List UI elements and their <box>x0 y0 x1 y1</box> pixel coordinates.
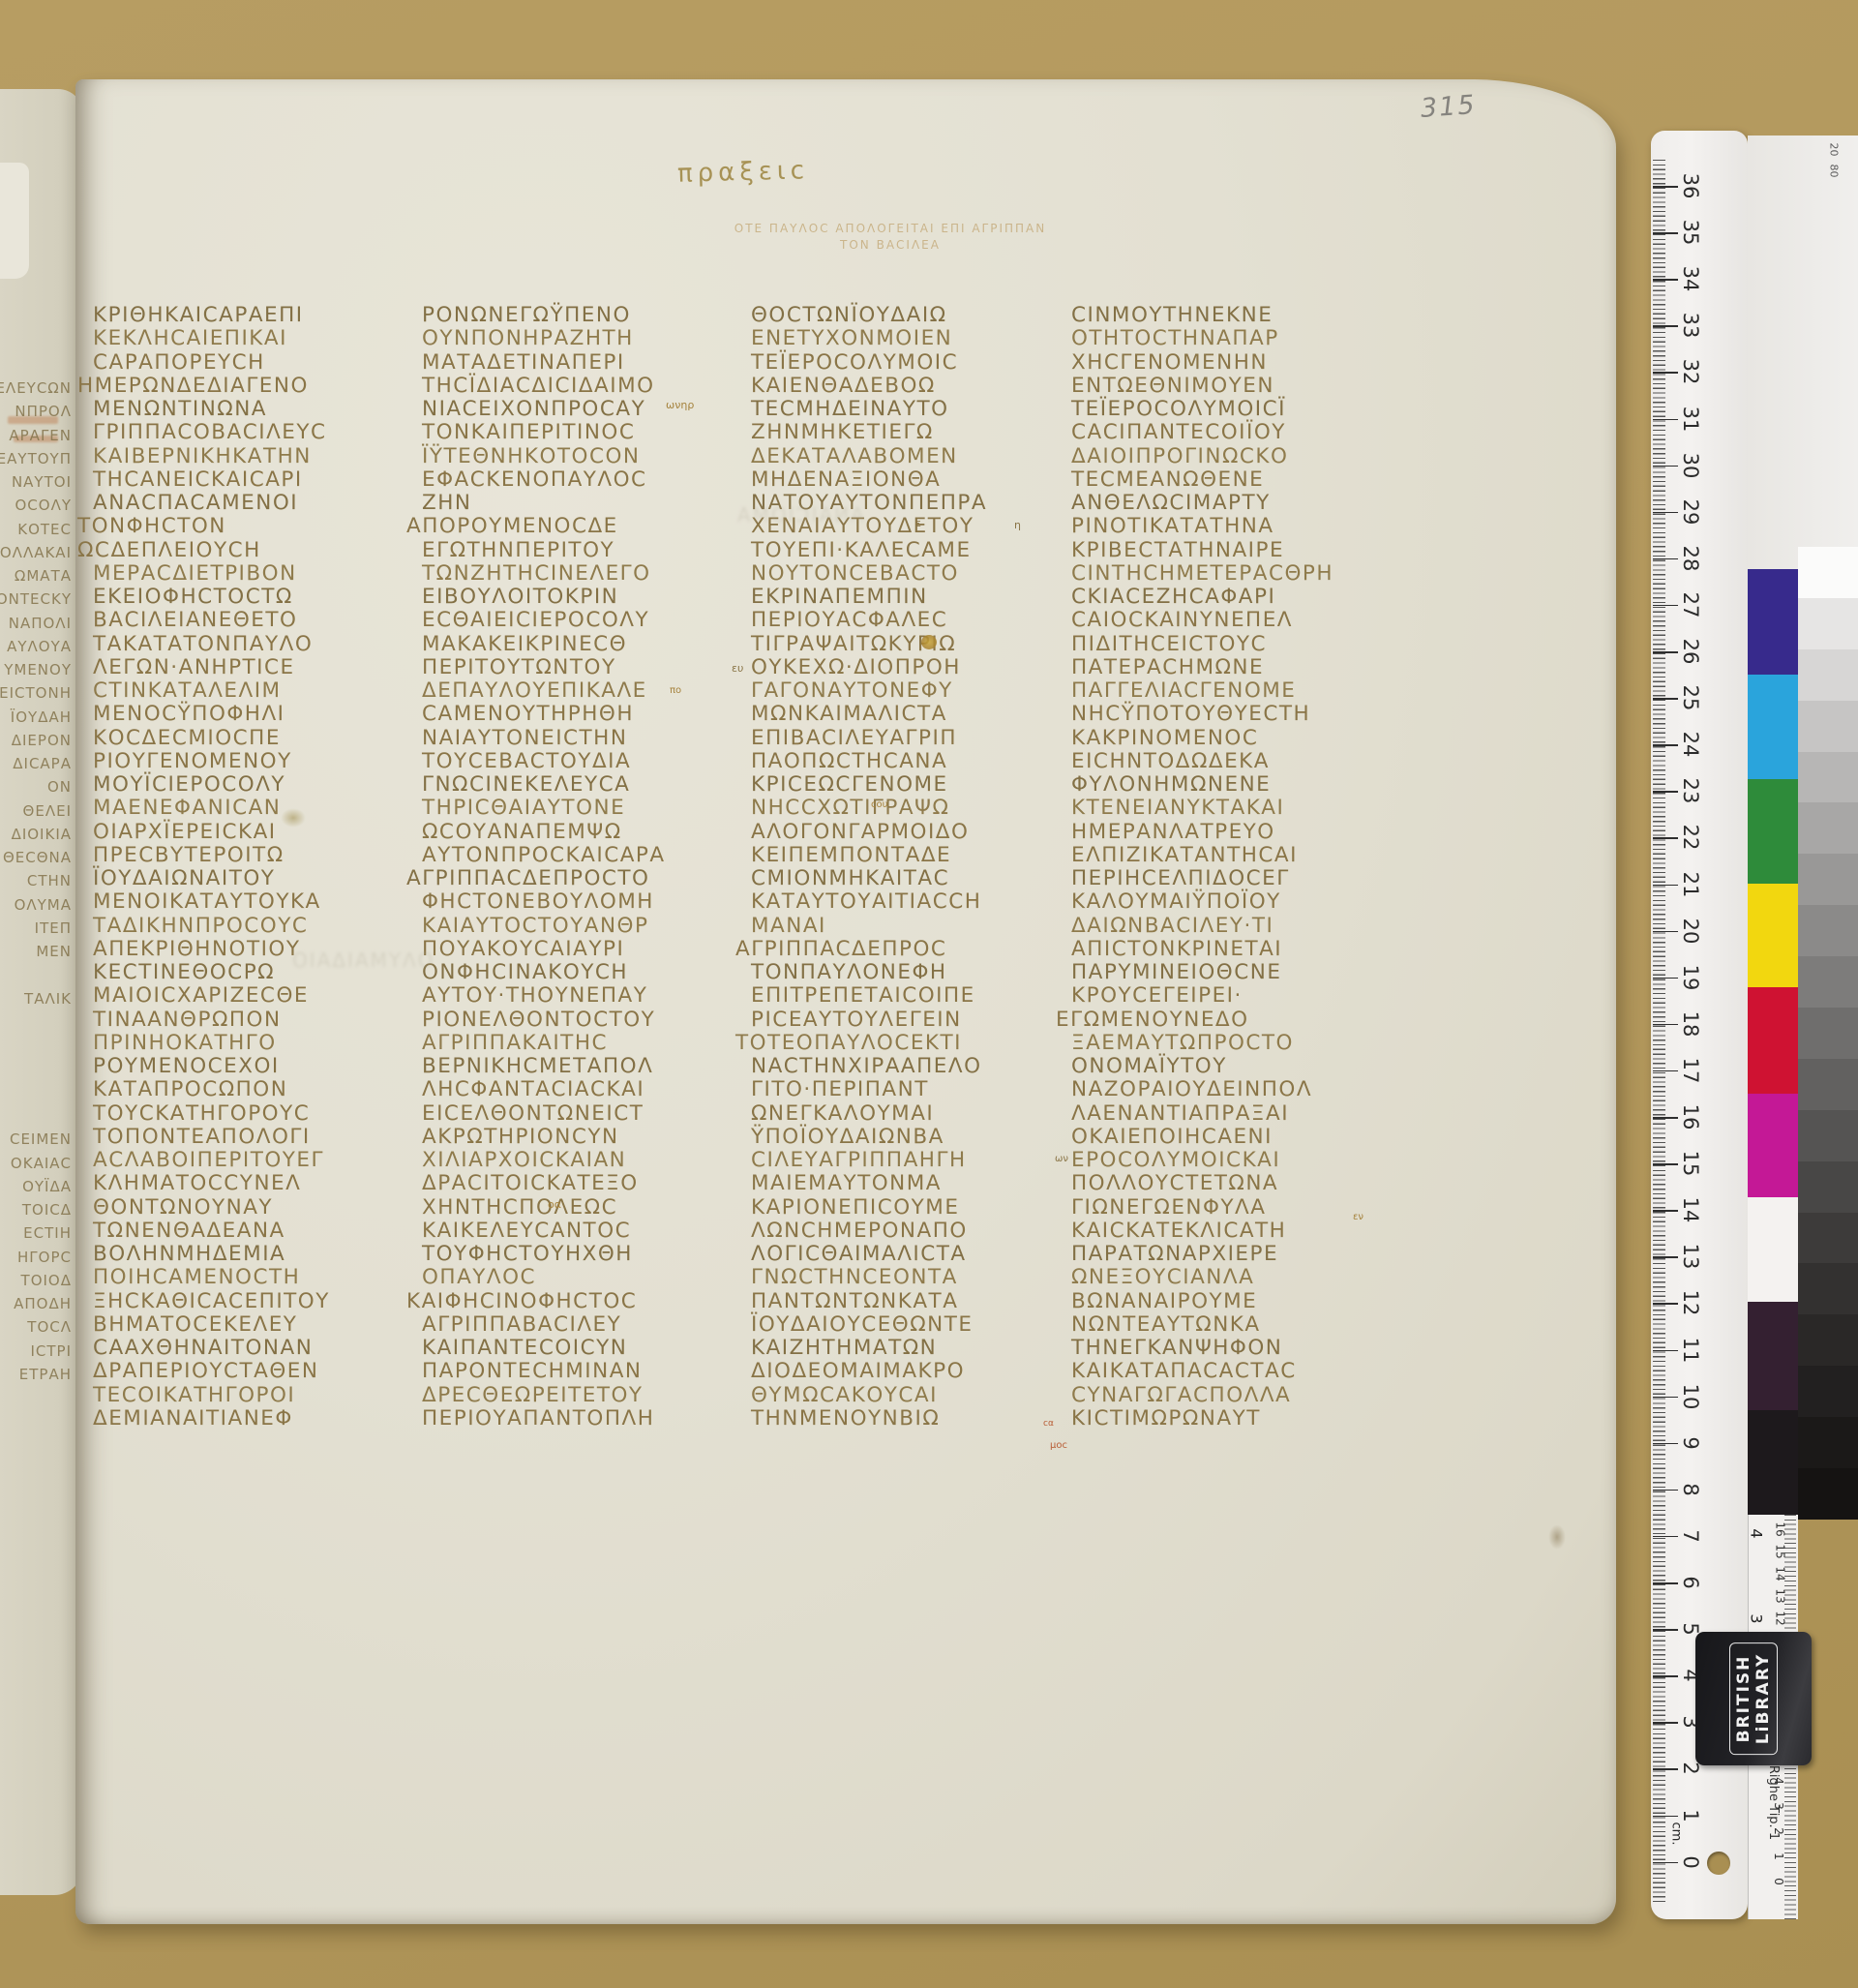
manuscript-line: ΚΛΗΜΑΤΟϹϹΥΝΕΛ <box>93 1171 388 1194</box>
manuscript-line: ΔΙΟΔΕΟΜΑΙΜΑΚΡΟ <box>751 1359 1046 1382</box>
previous-page-fragment: ΘΕΛΕΙ <box>23 802 72 820</box>
ruler-cm-tick <box>1653 372 1678 374</box>
gray-patch-1 <box>1798 598 1858 649</box>
color-patch-yellow <box>1748 884 1798 987</box>
manuscript-line: ΤΗϹΪΔΙΑϹΔΙϹΙΔΑΙΜΟ <box>422 374 717 397</box>
ruler-number: 28 <box>1679 542 1702 575</box>
ruler-number: 19 <box>1679 961 1702 994</box>
manuscript-line: ΟΝΦΗϹΙΝΑΚΟΥϹΗ <box>422 960 717 983</box>
ruler-cm-tick <box>1653 1256 1678 1258</box>
manuscript-line: ΡΙϹΕΑΥΤΟΥΛΕΓΕΙΝ <box>751 1008 1046 1031</box>
manuscript-photo: { "photo": { "page_number": "315", "runn… <box>0 0 1858 1988</box>
manuscript-line: ΠΑΡΥΜΙΝΕΙΟΘϹΝΕ <box>1071 960 1366 983</box>
ruler-cm-tick <box>1653 1862 1678 1864</box>
corrector-note: πο <box>670 685 681 696</box>
manuscript-line: ΠΕΡΙΟΥΑΠΑΝΤΟΠΛΗ <box>422 1406 717 1430</box>
ruler-number: 12 <box>1679 1286 1702 1319</box>
gray-patch-5 <box>1798 802 1858 854</box>
ruler-cm-tick <box>1653 1210 1678 1212</box>
manuscript-line: ΞΑΕΜΑΥΤΩΠΡΟϹΤΟ <box>1071 1031 1366 1054</box>
fine-ruler-number: 12 <box>1774 1611 1787 1625</box>
manuscript-line: ΚΙϹΤΙΜΩΡΩΝΑΥΤ <box>1071 1406 1366 1430</box>
ruler-number: 29 <box>1679 496 1702 528</box>
manuscript-line: ΕΙϹΗΝΤΟΔΩΔΕΚΑ <box>1071 749 1366 772</box>
manuscript-line: ΤΙΓΡΑΨΑΙΤΩΚΥΡΙΩ <box>751 632 1046 655</box>
manuscript-line: ΟΝΟΜΑΪΥΤΟΥ <box>1071 1054 1366 1077</box>
previous-page-fragment: ΤΟΙϹΔ <box>22 1201 72 1219</box>
manuscript-line: ΔΑΙΩΝΒΑϹΙΛΕΥ·ΤΙ <box>1071 914 1366 937</box>
ruler-cm-tick <box>1653 885 1678 887</box>
ink-stain <box>921 635 937 649</box>
manuscript-line: ΔΑΙΟΙΠΡΟΓΙΝΩϹΚΟ <box>1071 444 1366 467</box>
corrector-note: οα <box>548 1198 561 1211</box>
manuscript-line: ΛΕΓΩΝ·ΑΝΗΡΤΙϹΕ <box>93 655 388 678</box>
ruler-cm-tick <box>1653 466 1678 467</box>
ruler-cm-tick <box>1653 1675 1678 1677</box>
ruler-cm-tick <box>1653 1350 1678 1352</box>
manuscript-line: ϹΑϹΙΠΑΝΤΕϹΟΙΪΟΥ <box>1071 420 1366 443</box>
manuscript-line: ϹΑΡΑΠΟΡΕΥϹΗ <box>93 350 388 374</box>
manuscript-line: ΑΠΟΡΟΥΜΕΝΟϹΔΕ <box>406 514 717 537</box>
ruler-mm-ticks <box>1653 160 1665 1902</box>
ruler-cm-tick <box>1653 279 1678 281</box>
ruler-number: 23 <box>1679 774 1702 807</box>
fine-ruler-big-number: 3 <box>1748 1613 1766 1623</box>
previous-page-fragment: ΟΚΑΙΑϹ <box>11 1155 72 1172</box>
manuscript-line: ΛΑΕΝΑΝΤΙΑΠΡΑΞΑΙ <box>1071 1101 1366 1125</box>
gray-patch-0 <box>1798 547 1858 598</box>
ruler-number: 16 <box>1679 1100 1702 1133</box>
manuscript-line: ΔΕΚΑΤΑΛΑΒΟΜΕΝ <box>751 444 1046 467</box>
manuscript-line: ΑΥΤΟΥ·ΤΗΟΥΝΕΠΑΥ <box>422 983 717 1007</box>
manuscript-line: ΜΑΙΕΜΑΥΤΟΝΜΑ <box>751 1171 1046 1194</box>
previous-page-fragment: ΔΙϹΑΡΑ <box>13 755 72 772</box>
ruler-cm-tick <box>1653 1163 1678 1165</box>
manuscript-line: ΔΡΕϹΘΕΩΡΕΙΤΕΤΟΥ <box>422 1383 717 1406</box>
manuscript-line: ΜΑΤΑΔΕΤΙΝΑΠΕΡΙ <box>422 350 717 374</box>
manuscript-line: ΒΗΜΑΤΟϹΕΚΕΛΕΥ <box>93 1312 388 1336</box>
gray-patch-7 <box>1798 905 1858 956</box>
manuscript-line: ΝΑϹΤΗΝΧΙΡΑΑΠΕΛΟ <box>751 1054 1046 1077</box>
manuscript-line: ΒΕΡΝΙΚΗϹΜΕΤΑΠΟΛ <box>422 1054 717 1077</box>
manuscript-line: ΤΟΝΠΑΥΛΟΝΕΦΗ <box>751 960 1046 983</box>
previous-page-fragment: ϹΤΗΝ <box>27 872 72 889</box>
manuscript-line: ΚΑΙΒΕΡΝΙΚΗΚΑΤΗΝ <box>93 444 388 467</box>
corrector-note: ωνηρ <box>666 399 694 411</box>
manuscript-line: ϹΑΑΧΘΗΝΑΙΤΟΝΑΝ <box>93 1336 388 1359</box>
color-patch-black <box>1748 1410 1798 1515</box>
manuscript-line: ϹΥΝΑΓΩΓΑϹΠΟΛΛΑ <box>1071 1383 1366 1406</box>
manuscript-line: ΠΟΙΗϹΑΜΕΝΟϹΤΗ <box>93 1265 388 1288</box>
ruler-cm-tick <box>1653 325 1678 327</box>
manuscript-line: ΚΑΙΚΑΤΑΠΑϹΑϹΤΑϹ <box>1071 1359 1366 1382</box>
manuscript-line: ΚΑΙΦΗϹΙΝΟΦΗϹΤΟϹ <box>406 1289 717 1312</box>
ruler-number: 0 <box>1679 1846 1702 1879</box>
manuscript-line: ΤΗϹΑΝΕΙϹΚΑΙϹΑΡΙ <box>93 467 388 491</box>
manuscript-line: ϹΜΙΟΝΜΗΚΑΙΤΑϹ <box>751 866 1046 889</box>
corrector-note: εν <box>1353 1212 1364 1222</box>
manuscript-line: ΟΙΑΡΧΪΕΡΕΙϹΚΑΙ <box>93 820 388 843</box>
corrector-note: η <box>1014 519 1021 531</box>
manuscript-line: ϹΙΝΤΗϹΗΜΕΤΕΡΑϹΘΡΗ <box>1071 561 1366 585</box>
manuscript-line: ΤΩΝΕΝΘΑΔΕΑΝΑ <box>93 1219 388 1242</box>
grayscale-column <box>1798 547 1858 1520</box>
ruler-cm-tick <box>1653 1768 1678 1770</box>
manuscript-line: ΝΗϹΫΠΟΤΟΥΘΥΕϹΤΗ <box>1071 702 1366 725</box>
gray-patch-9 <box>1798 1008 1858 1059</box>
previous-page-fragment: ΟΝΤΕϹΚΥ <box>0 590 72 608</box>
manuscript-line: ΑΝΘΕΛΩϹΙΜΑΡΤΥ <box>1071 491 1366 514</box>
manuscript-line: ΑΛΟΓΟΝΓΑΡΜΟΙΔΟ <box>751 820 1046 843</box>
fine-ruler-number: 13 <box>1774 1588 1787 1603</box>
manuscript-line: ΕΝΤΩΕΘΝΙΜΟΥΕΝ <box>1071 374 1366 397</box>
manuscript-line: ΧΗϹΓΕΝΟΜΕΝΗΝ <box>1071 350 1366 374</box>
manuscript-line: ΚΑΙΕΝΘΑΔΕΒΟΩ <box>751 374 1046 397</box>
manuscript-line: ΕΚΡΙΝΑΠΕΜΠΙΝ <box>751 585 1046 608</box>
manuscript-line: ΜΕΝΩΝΤΙΝΩΝΑ <box>93 397 388 420</box>
color-patch-dark-maroon <box>1748 1302 1798 1410</box>
ruler-cm-tick <box>1653 791 1678 793</box>
previous-page-fragment: ΤΟΙΟΔ <box>21 1272 72 1289</box>
previous-page-fragment: ΘΕϹΘΝΑ <box>3 849 72 866</box>
ruler-number: 14 <box>1679 1193 1702 1226</box>
color-patch-column <box>1748 569 1798 1515</box>
manuscript-line: ΜΩΝΚΑΙΜΑΛΙϹΤΑ <box>751 702 1046 725</box>
color-patch-red <box>1748 987 1798 1094</box>
corrector-note: ϲου <box>871 799 887 810</box>
manuscript-line: ΤΕϹΜΗΔΕΙΝΑΥΤΟ <box>751 397 1046 420</box>
manuscript-line: ΜΑΙΟΙϹΧΑΡΙΖΕϹΘΕ <box>93 983 388 1007</box>
manuscript-line: ΝΗϹϹΧΩΤΙΓΡΑΨΩ <box>751 796 1046 819</box>
previous-page-fragment: ΜΕΝ <box>36 943 72 960</box>
previous-page-fragment: ΕΤΡΑΗ <box>19 1366 72 1383</box>
fine-ruler-number: 2 <box>1772 1827 1785 1835</box>
previous-page-fragment: ΕΙϹΤΟΝΗ <box>0 684 72 702</box>
gray-patch-2 <box>1798 649 1858 701</box>
ruler-cm-tick <box>1653 1397 1678 1399</box>
color-patch-indigo <box>1748 569 1798 675</box>
manuscript-line: ΚΤΕΝΕΙΑΝΥΚΤΑΚΑΙ <box>1071 796 1366 819</box>
ruler-cm-tick <box>1653 651 1678 653</box>
ruler-cm-tick <box>1653 698 1678 700</box>
ruler-cm-tick <box>1653 605 1678 607</box>
brand-word: BRITISH <box>1734 1653 1753 1744</box>
manuscript-line: ΚΑΡΙΟΝΕΠΙϹΟΥΜΕ <box>751 1195 1046 1219</box>
manuscript-line: ΚΡΙϹΕΩϹΓΕΝΟΜΕ <box>751 772 1046 796</box>
ruler-number: 25 <box>1679 681 1702 714</box>
manuscript-line: ΚΑΙΖΗΤΗΜΑΤΩΝ <box>751 1336 1046 1359</box>
chapter-rubric-line: ΟΤΕ ΠΑΥΛΟϹ ΑΠΟΛΟΓΕΙΤΑΙ ΕΠΙ ΑΓΡΙΠΠΑΝ <box>619 221 1161 237</box>
previous-page-fragment: ΩΜΑΤΑ <box>15 567 72 585</box>
page-stack-sliver <box>0 163 29 279</box>
manuscript-line: ΜΗΔΕΝΑΞΙΟΝΘΑ <box>751 467 1046 491</box>
manuscript-line: ΒΩΝΑΝΑΙΡΟΥΜΕ <box>1071 1289 1366 1312</box>
previous-page-fragment: ΟΝ <box>47 778 72 796</box>
gray-patch-3 <box>1798 701 1858 752</box>
manuscript-line: ΝΟΥΤΟΝϹΕΒΑϹΤΟ <box>751 561 1046 585</box>
manuscript-line: ΕΚΕΙΟΦΗϹΤΟϹΤΩ <box>93 585 388 608</box>
manuscript-line: ΠΑΡΑΤΩΝΑΡΧΙΕΡΕ <box>1071 1242 1366 1265</box>
ruler-cm-tick <box>1653 1490 1678 1491</box>
color-patch-white <box>1748 1197 1798 1302</box>
manuscript-line: ΪΫΤΕΘΝΗΚΟΤΟϹΟΝ <box>422 444 717 467</box>
manuscript-line: ΤΕΪΕΡΟϹΟΛΥΜΟΙϹΪ <box>1071 397 1366 420</box>
gray-patch-17 <box>1798 1417 1858 1468</box>
color-patch-green <box>1748 779 1798 884</box>
ruler-number: 15 <box>1679 1147 1702 1180</box>
manuscript-line: ΟΥΚΕΧΩ·ΔΙΟΠΡΟΗ <box>751 655 1046 678</box>
manuscript-line: ΚΟϹΔΕϹΜΙΟϹΠΕ <box>93 726 388 749</box>
british-library-label: BRITISH LiBRARY <box>1729 1642 1778 1755</box>
ruler-cm-tick <box>1653 419 1678 421</box>
manuscript-line: ΠΟΛΛΟΥϹΤΕΤΩΝΑ <box>1071 1171 1366 1194</box>
gray-patch-13 <box>1798 1213 1858 1264</box>
manuscript-line: ΖΗΝΜΗΚΕΤΙΕΓΩ <box>751 420 1046 443</box>
gray-patch-10 <box>1798 1059 1858 1110</box>
gray-patch-18 <box>1798 1468 1858 1520</box>
ruler-cm-tick <box>1653 1536 1678 1538</box>
manuscript-line: ΤΟΥϹΕΒΑϹΤΟΥΔΙΑ <box>422 749 717 772</box>
previous-page-fragment: ΔΙΟΙΚΙΑ <box>12 826 72 843</box>
manuscript-line: ΕΠΙΒΑϹΙΛΕΥΑΓΡΙΠ <box>751 726 1046 749</box>
manuscript-line: ΜΕΡΑϹΔΙΕΤΡΙΒΟΝ <box>93 561 388 585</box>
manuscript-line: ΚΑΙΚΕΛΕΥϹΑΝΤΟϹ <box>422 1219 717 1242</box>
ruler-cm-tick <box>1653 931 1678 933</box>
manuscript-line: ΠΑΓΓΕΛΙΑϹΓΕΝΟΜΕ <box>1071 678 1366 702</box>
chapter-rubric-line: ΤΟΝ ΒΑϹΙΛΕΑ <box>619 237 1161 254</box>
manuscript-line: ΕΙϹΕΛΘΟΝΤΩΝΕΙϹΤ <box>422 1101 717 1125</box>
fine-ruler-number: 15 <box>1774 1544 1787 1558</box>
manuscript-line: ΑΓΡΙΠΠΑϹΔΕΠΡΟϹ <box>735 937 1046 960</box>
manuscript-line: ΡΟΥΜΕΝΟϹΕΧΟΙ <box>93 1054 388 1077</box>
manuscript-line: ΠΕΡΙΗϹΕΛΠΙΔΟϹΕΓ <box>1071 866 1366 889</box>
ruler-cm-tick <box>1653 837 1678 839</box>
manuscript-line: ΚΑΤΑΠΡΟϹΩΠΟΝ <box>93 1077 388 1100</box>
ruler-cm-tick <box>1653 186 1678 188</box>
previous-page-fragment: ΕΛΕΥϹΩΝ <box>0 379 72 397</box>
manuscript-line: ΕΓΩΤΗΝΠΕΡΙΤΟΥ <box>422 538 717 561</box>
ruler-number: 17 <box>1679 1054 1702 1087</box>
previous-page-fragment: ϹΕΙΜΕΝ <box>10 1130 72 1148</box>
manuscript-line: ΖΗΝ <box>422 491 717 514</box>
manuscript-line: ΡΙΝΟΤΙΚΑΤΑΤΗΝΑ <box>1071 514 1366 537</box>
manuscript-line: ΦΗϹΤΟΝΕΒΟΥΛΟΜΗ <box>422 889 717 913</box>
manuscript-line: ΚΡΙΒΕϹΤΑΤΗΝΑΙΡΕ <box>1071 538 1366 561</box>
manuscript-line: ΦΥΛΟΝΗΜΩΝΕΝΕ <box>1071 772 1366 796</box>
manuscript-line: ΡΙΟΥΓΕΝΟΜΕΝΟΥ <box>93 749 388 772</box>
ruler-cm-tick <box>1653 1117 1678 1119</box>
manuscript-line: ΜΕΝΟΙΚΑΤΑΥΤΟΥΚΑ <box>93 889 388 913</box>
gray-patch-12 <box>1798 1161 1858 1213</box>
manuscript-line: ΜΟΥΪϹΙΕΡΟϹΟΛΥ <box>93 772 388 796</box>
previous-page-fragment: ΑΡΑΓΕΝ <box>9 427 72 444</box>
manuscript-line: ΤΟΥΦΗϹΤΟΥΗΧΘΗ <box>422 1242 717 1265</box>
fine-ruler-number: 3 <box>1772 1802 1785 1810</box>
previous-page-fragment: ΝΑΠΟΛΙ <box>9 615 72 632</box>
manuscript-line: ΕΛΠΙΖΙΚΑΤΑΝΤΗϹΑΙ <box>1071 843 1366 866</box>
parchment-stain <box>281 808 306 828</box>
manuscript-line: ΚΑΙϹΚΑΤΕΚΛΙϹΑΤΗ <box>1071 1219 1366 1242</box>
text-column-3: ΘΟϹΤΩΝΪΟΥΔΑΙΩΕΝΕΤΥΧΟΝΜΟΙΕΝΤΕΪΕΡΟϹΟΛΥΜΟΙϹ… <box>751 303 1046 1430</box>
fine-ruler-number: 4 <box>1772 1777 1785 1785</box>
fine-ruler-number: 16 <box>1774 1521 1787 1536</box>
ruler-number: 31 <box>1679 403 1702 436</box>
manuscript-line: ΟΤΗΤΟϹΤΗΝΑΠΑΡ <box>1071 326 1366 349</box>
running-title: πραξειϲ <box>677 156 810 189</box>
previous-page-fragment: ΙΤΕΠ <box>35 919 72 937</box>
gray-patch-6 <box>1798 854 1858 905</box>
manuscript-line: ΤΟΤΕΟΠΑΥΛΟϹΕΚΤΙ <box>735 1031 1046 1054</box>
manuscript-line: ΟΠΑΥΛΟϹ <box>422 1265 717 1288</box>
manuscript-line: ΚΑΛΟΥΜΑΙΫΠΟΪΟΥ <box>1071 889 1366 913</box>
manuscript-line: ΛΟΓΙϹΘΑΙΜΑΛΙϹΤΑ <box>751 1242 1046 1265</box>
manuscript-line: ΠΑΝΤΩΝΤΩΝΚΑΤΑ <box>751 1289 1046 1312</box>
gray-patch-16 <box>1798 1366 1858 1417</box>
manuscript-line: ΠΕΡΙΟΥΑϹΦΑΛΕϹ <box>751 608 1046 631</box>
ruler-cm-tick <box>1653 1629 1678 1631</box>
ruler-number: 11 <box>1679 1334 1702 1367</box>
ruler-number: 22 <box>1679 821 1702 854</box>
manuscript-line: ΔΡΑΠΕΡΙΟΥϹΤΑΘΕΝ <box>93 1359 388 1382</box>
ruler-cm-tick <box>1653 978 1678 979</box>
ruler-number: 10 <box>1679 1380 1702 1413</box>
manuscript-line: ΛΗϹΦΑΝΤΑϹΙΑϹΚΑΙ <box>422 1077 717 1100</box>
manuscript-line: ΤΟΝΚΑΙΠΕΡΙΤΙΝΟϹ <box>422 420 717 443</box>
manuscript-line: ΑΝΑϹΠΑϹΑΜΕΝΟΙ <box>93 491 388 514</box>
manuscript-line: ΤΙΝΑΑΝΘΡΩΠΟΝ <box>93 1008 388 1031</box>
manuscript-line: ΠΕΡΙΤΟΥΤΩΝΤΟΥ <box>422 655 717 678</box>
ruler-number: 21 <box>1679 868 1702 901</box>
manuscript-line: ΤΩΝΖΗΤΗϹΙΝΕΛΕΓΟ <box>422 561 717 585</box>
manuscript-line: ΗΜΕΡΑΝΛΑΤΡΕΥΟ <box>1071 820 1366 843</box>
manuscript-line: ΤΗΝΕΓΚΑΝΨΗΦΟΝ <box>1071 1336 1366 1359</box>
manuscript-line: ΑΓΡΙΠΠΑϹΔΕΠΡΟϹΤΟ <box>406 866 717 889</box>
manuscript-line: ΠΑΡΟΝΤΕϹΗΜΙΝΑΝ <box>422 1359 717 1382</box>
previous-page-fragment: ΤΑΛΙΚ <box>24 990 72 1008</box>
manuscript-line: ΒΑϹΙΛΕΙΑΝΕΘΕΤΟ <box>93 608 388 631</box>
manuscript-line: ΠΑΟΠΩϹΤΗϹΑΝΑ <box>751 749 1046 772</box>
manuscript-line: ΚΑΙΠΑΝΤΕϹΟΙϹΥΝ <box>422 1336 717 1359</box>
british-library-clip: BRITISH LiBRARY <box>1695 1632 1812 1765</box>
ruler-cm-tick <box>1653 558 1678 560</box>
manuscript-line: ΓΙΩΝΕΓΩΕΝΦΥΛΑ <box>1071 1195 1366 1219</box>
manuscript-line: ΩΝΕΓΚΑΛΟΥΜΑΙ <box>751 1101 1046 1125</box>
previous-page-fragment: ΟϹΟΛΥ <box>15 497 72 514</box>
text-column-2: ΡΟΝΩΝΕΓΩΫΠΕΝΟΟΥΝΠΟΝΗΡΑΖΗΤΗΜΑΤΑΔΕΤΙΝΑΠΕΡΙ… <box>422 303 717 1430</box>
card-edge-number: 20 <box>1828 143 1841 157</box>
corrector-note: ευ <box>732 662 743 675</box>
manuscript-line: ΓΝΩϹΙΝΕΚΕΛΕΥϹΑ <box>422 772 717 796</box>
ruler-number: 6 <box>1679 1566 1702 1599</box>
manuscript-line: ΓΑΓΟΝΑΥΤΟΝΕΦΥ <box>751 678 1046 702</box>
fine-ruler-number: 0 <box>1772 1878 1785 1885</box>
ruler-number: 20 <box>1679 915 1702 948</box>
manuscript-line: ΚΑΚΡΙΝΟΜΕΝΟϹ <box>1071 726 1366 749</box>
ruler-number: 30 <box>1679 449 1702 482</box>
previous-page-fragment: ΟΛΥΜΑ <box>15 896 72 914</box>
manuscript-line: ΚΑΙΑΥΤΟϹΤΟΥΑΝΘΡ <box>422 914 717 937</box>
manuscript-line: ΑΓΡΙΠΠΑΚΑΙΤΗϹ <box>422 1031 717 1054</box>
manuscript-line: ΤΗΝΜΕΝΟΥΝΒΙΩ <box>751 1406 1046 1430</box>
previous-page-fragment: ΗΓΟΡϹ <box>17 1249 72 1266</box>
manuscript-line: ΟΥΝΠΟΝΗΡΑΖΗΤΗ <box>422 326 717 349</box>
manuscript-line: ΤΟΥϹΚΑΤΗΓΟΡΟΥϹ <box>93 1101 388 1125</box>
ruler-number: 33 <box>1679 309 1702 342</box>
manuscript-line: ΑΥΤΟΝΠΡΟϹΚΑΙϹΑΡΑ <box>422 843 717 866</box>
previous-page-fragment: ΤΟϹΛ <box>27 1318 72 1336</box>
previous-page-edge: ΕΛΕΥϹΩΝΝΠΡΟΛΑΡΑΓΕΝΕΑΥΤΟΥΠΝΑΥΤΟΙΟϹΟΛΥΚΟΤΕ… <box>0 89 83 1895</box>
previous-page-fragment: ΕϹΤΙΗ <box>23 1224 72 1242</box>
ruler-number: 27 <box>1679 588 1702 621</box>
ruler-number: 7 <box>1679 1520 1702 1552</box>
manuscript-line: ΠΙΔΙΤΗϹΕΙϹΤΟΥϹ <box>1071 632 1366 655</box>
manuscript-line: ΕΦΑϹΚΕΝΟΠΑΥΛΟϹ <box>422 467 717 491</box>
manuscript-line: ΞΗϹΚΑΘΙϹΑϹΕΠΙΤΟΥ <box>93 1289 388 1312</box>
ruler-cm-tick <box>1653 1582 1678 1584</box>
corrector-note: ων <box>1055 1154 1068 1164</box>
manuscript-line: ΫΠΟΪΟΥΔΑΙΩΝΒΑ <box>751 1125 1046 1148</box>
previous-page-fragment: ΟΛΛΑΚΑΙ <box>0 544 72 561</box>
manuscript-line: ΕΓΩΜΕΝΟΥΝΕΔΟ <box>1056 1008 1366 1031</box>
manuscript-line: ΘΟΝΤΩΝΟΥΝΑΥ <box>93 1195 388 1219</box>
ruler-cm-tick <box>1653 232 1678 234</box>
manuscript-line: ΧΗΝΤΗϹΠΟΛΕΩϹ <box>422 1195 717 1219</box>
previous-page-fragment: ΕΑΥΤΟΥΠ <box>0 450 72 467</box>
manuscript-line: ΠΑΤΕΡΑϹΗΜΩΝΕ <box>1071 655 1366 678</box>
manuscript-line: ΩϹΟΥΑΝΑΠΕΜΨΩ <box>422 820 717 843</box>
manuscript-line: ΚΕΚΛΗϹΑΙΕΠΙΚΑΙ <box>93 326 388 349</box>
manuscript-line: ΜΕΝΟϹΫΠΟΦΗΛΙ <box>93 702 388 725</box>
manuscript-line: ΤΟΝΦΗϹΤΟΝ <box>77 514 388 537</box>
gray-patch-11 <box>1798 1110 1858 1161</box>
ink-showthrough: ΑΝΑΙϹΙΟΜΑ <box>735 503 864 527</box>
page-number: 315 <box>1420 90 1478 124</box>
manuscript-line: ΜΑΚΑΚΕΙΚΡΙΝΕϹΘ <box>422 632 717 655</box>
chapter-rubric: ΟΤΕ ΠΑΥΛΟϹ ΑΠΟΛΟΓΕΙΤΑΙ ΕΠΙ ΑΓΡΙΠΠΑΝ ΤΟΝ … <box>619 221 1161 254</box>
ruler-number: 1 <box>1679 1799 1702 1832</box>
ruler-number: 32 <box>1679 355 1702 388</box>
color-patch-cyan <box>1748 675 1798 779</box>
calibration-card: 20 80 <box>1748 136 1858 1520</box>
corrector-note: ϲα <box>1043 1419 1054 1429</box>
manuscript-line: ΤΕϹΟΙΚΑΤΗΓΟΡΟΙ <box>93 1383 388 1406</box>
manuscript-line: ϹΤΙΝΚΑΤΑΛΕΛΙΜ <box>93 678 388 702</box>
manuscript-line: ΝΑΖΟΡΑΙΟΥΔΕΙΝΠΟΛ <box>1071 1077 1366 1100</box>
previous-page-fragment: ΔΙΕΡΟΝ <box>12 732 72 749</box>
manuscript-line: ΠΡΙΝΗΟΚΑΤΗΓΟ <box>93 1031 388 1054</box>
manuscript-line: ΠΡΕϹΒΥΤΕΡΟΙΤΩ <box>93 843 388 866</box>
ruler-cm-tick <box>1653 744 1678 746</box>
gray-patch-15 <box>1798 1314 1858 1366</box>
manuscript-line: ΒΟΛΗΝΜΗΔΕΜΙΑ <box>93 1242 388 1265</box>
ruler-number: 8 <box>1679 1473 1702 1506</box>
parchment-stain <box>1548 1524 1566 1550</box>
manuscript-line: ϹΙΛΕΥΑΓΡΙΠΠΑΗΓΗ <box>751 1148 1046 1171</box>
manuscript-line: ΓΙΤΟ·ΠΕΡΙΠΑΝΤ <box>751 1077 1046 1100</box>
ruler-cm-tick <box>1653 1024 1678 1026</box>
manuscript-line: ΡΙΟΝΕΛΘΟΝΤΟϹΤΟΥ <box>422 1008 717 1031</box>
manuscript-line: ϹΚΙΑϹΕΖΗϹΑΦΑΡΙ <box>1071 585 1366 608</box>
manuscript-line: ΘΥΜΩϹΑΚΟΥϹΑΙ <box>751 1383 1046 1406</box>
manuscript-line: ΑΠΙϹΤΟΝΚΡΙΝΕΤΑΙ <box>1071 937 1366 960</box>
ruler-number: 13 <box>1679 1240 1702 1273</box>
manuscript-line: ΝΑΙΑΥΤΟΝΕΙϹΤΗΝ <box>422 726 717 749</box>
manuscript-line: ΗΜΕΡΩΝΔΕΔΙΑΓΕΝΟ <box>77 374 388 397</box>
manuscript-line: ΔΡΑϹΙΤΟΙϹΚΑΤΕΞΟ <box>422 1171 717 1194</box>
manuscript-line: ΤΑΔΙΚΗΝΠΡΟϹΟΥϹ <box>93 914 388 937</box>
manuscript-line: ΚΕΙΠΕΜΠΟΝΤΑΔΕ <box>751 843 1046 866</box>
manuscript-line: ΤΟΥΕΠΙ·ΚΑΛΕϹΑΜΕ <box>751 538 1046 561</box>
